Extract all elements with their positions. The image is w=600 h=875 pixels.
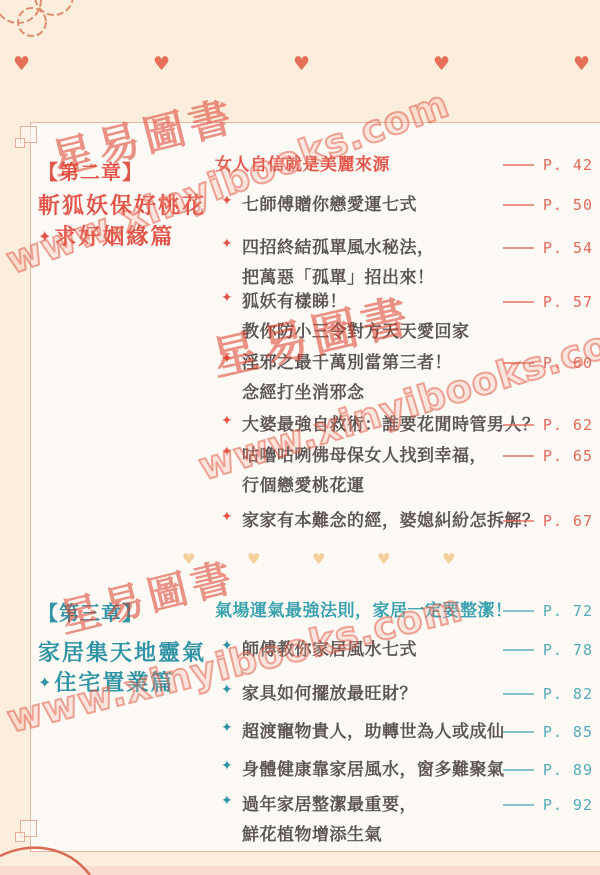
heart-icon: ♥ bbox=[182, 552, 195, 567]
page-leader-line bbox=[503, 301, 534, 303]
diamond-bullet-icon: ✦ bbox=[221, 721, 233, 735]
page-ref: P. 67 bbox=[503, 512, 593, 530]
heart-icon: ♥ bbox=[247, 552, 260, 567]
diamond-bullet-icon: ✦ bbox=[221, 683, 233, 697]
heart-icon: ♥ bbox=[312, 552, 325, 567]
page-ref: P. 72 bbox=[503, 602, 593, 620]
page-leader-line bbox=[503, 362, 534, 364]
page-ref: P. 62 bbox=[503, 416, 593, 434]
heart-icon: ♥ bbox=[13, 55, 30, 74]
toc-item: 女人自信就是美麗來源 P. 42 bbox=[215, 150, 593, 180]
diamond-bullet-icon: ✦ bbox=[221, 759, 233, 773]
page-number: P. 89 bbox=[543, 761, 593, 779]
page-number: P. 62 bbox=[543, 416, 593, 434]
diamond-bullet-icon: ✦ bbox=[221, 794, 233, 808]
page-leader-line bbox=[503, 455, 534, 457]
diamond-bullet-icon: ✦ bbox=[221, 414, 233, 428]
diamond-bullet-icon: ✦ bbox=[38, 673, 53, 692]
heart-icon: ♥ bbox=[433, 55, 450, 74]
page-number: P. 42 bbox=[543, 156, 593, 174]
page-leader-line bbox=[503, 204, 534, 206]
page-number: P. 72 bbox=[543, 602, 593, 620]
toc-item: ✦ 四招終結孤單風水秘法， 把萬惡「孤單」招出來！ P. 54 bbox=[215, 233, 593, 293]
heart-icon: ♥ bbox=[442, 552, 455, 567]
heart-icon: ♥ bbox=[293, 55, 310, 74]
heart-icon: ♥ bbox=[573, 55, 590, 74]
page-ref: P. 92 bbox=[503, 796, 593, 814]
chapter2-subtitle: ✦求好姻緣篇 bbox=[38, 220, 174, 251]
toc-item: 氣場運氣最強法則，家居一定要整潔！ P. 72 bbox=[215, 596, 593, 626]
page-ref: P. 65 bbox=[503, 447, 593, 465]
chapter3-subtitle-text: 住宅置業篇 bbox=[54, 671, 174, 696]
page-bottom-strip bbox=[0, 866, 600, 875]
page-number: P. 85 bbox=[543, 723, 593, 741]
page-ref: P. 78 bbox=[503, 641, 593, 659]
diamond-bullet-icon: ✦ bbox=[221, 291, 233, 305]
frame-corner-ornament bbox=[15, 832, 25, 842]
toc-item: ✦ 過年家居整潔最重要， 鮮花植物增添生氣 P. 92 bbox=[215, 790, 593, 850]
diamond-bullet-icon: ✦ bbox=[221, 510, 233, 524]
flower-doodle-icon bbox=[0, 0, 115, 58]
page-leader-line bbox=[503, 610, 534, 612]
page-leader-line bbox=[503, 649, 534, 651]
page-number: P. 67 bbox=[543, 512, 593, 530]
chapter3-title: 家居集天地靈氣 bbox=[38, 636, 206, 667]
diamond-bullet-icon: ✦ bbox=[38, 227, 53, 246]
page-number: P. 65 bbox=[543, 447, 593, 465]
page-number: P. 78 bbox=[543, 641, 593, 659]
page-number: P. 57 bbox=[543, 293, 593, 311]
page-number: P. 92 bbox=[543, 796, 593, 814]
page-leader-line bbox=[503, 164, 534, 166]
toc-item: ✦ 身體健康靠家居風水，窗多難聚氣 P. 89 bbox=[215, 755, 593, 785]
diamond-bullet-icon: ✦ bbox=[221, 639, 233, 653]
page-number: P. 60 bbox=[543, 354, 593, 372]
page-leader-line bbox=[503, 731, 534, 733]
page-leader-line bbox=[503, 520, 534, 522]
page-ref: P. 54 bbox=[503, 239, 593, 257]
page-ref: P. 82 bbox=[503, 685, 593, 703]
page-leader-line bbox=[503, 424, 534, 426]
chapter2-subtitle-text: 求好姻緣篇 bbox=[54, 225, 174, 250]
chapter3-subtitle: ✦住宅置業篇 bbox=[38, 666, 174, 697]
toc-item: ✦ 狐妖有樣睇！ 教你防小三令對方天天愛回家 P. 57 bbox=[215, 287, 593, 347]
toc-item: ✦ 淫邪之最千萬別當第三者！ 念經打坐消邪念 P. 60 bbox=[215, 348, 593, 408]
chapter3-tag: 【第三章】 bbox=[38, 597, 143, 626]
page-number: P. 54 bbox=[543, 239, 593, 257]
toc-item: ✦ 超渡寵物貴人，助轉世為人或成仙 P. 85 bbox=[215, 717, 593, 747]
diamond-bullet-icon: ✦ bbox=[221, 352, 233, 366]
frame-corner-ornament bbox=[15, 138, 25, 148]
diamond-bullet-icon: ✦ bbox=[221, 445, 233, 459]
toc-item: ✦ 家家有本難念的經，婆媳糾紛怎拆解？ P. 67 bbox=[215, 506, 593, 536]
page-ref: P. 85 bbox=[503, 723, 593, 741]
page-ref: P. 89 bbox=[503, 761, 593, 779]
page-ref: P. 42 bbox=[503, 156, 593, 174]
page-ref: P. 60 bbox=[503, 354, 593, 372]
toc-item: ✦ 家具如何擺放最旺財？ P. 82 bbox=[215, 679, 593, 709]
page-number: P. 50 bbox=[543, 196, 593, 214]
page-leader-line bbox=[503, 247, 534, 249]
page-ref: P. 57 bbox=[503, 293, 593, 311]
page-leader-line bbox=[503, 804, 534, 806]
page-leader-line bbox=[503, 769, 534, 771]
toc-item: ✦ 師傅教你家居風水七式 P. 78 bbox=[215, 635, 593, 665]
diamond-bullet-icon: ✦ bbox=[221, 237, 233, 251]
heart-icon: ♥ bbox=[153, 55, 170, 74]
chapter2-tag: 【第二章】 bbox=[38, 156, 143, 185]
toc-item: ✦ 咕嚕咕咧佛母保女人找到幸福， 行個戀愛桃花運 P. 65 bbox=[215, 441, 593, 501]
heart-icon: ♥ bbox=[377, 552, 390, 567]
page-leader-line bbox=[503, 693, 534, 695]
page-ref: P. 50 bbox=[503, 196, 593, 214]
toc-item: ✦ 大婆最強自救術：誰要花閒時管男人？ P. 62 bbox=[215, 410, 593, 440]
toc-item: ✦ 七師傅贈你戀愛運七式 P. 50 bbox=[215, 190, 593, 220]
chapter2-title: 斬狐妖保好桃花 bbox=[38, 189, 206, 220]
diamond-bullet-icon: ✦ bbox=[221, 194, 233, 208]
page-number: P. 82 bbox=[543, 685, 593, 703]
